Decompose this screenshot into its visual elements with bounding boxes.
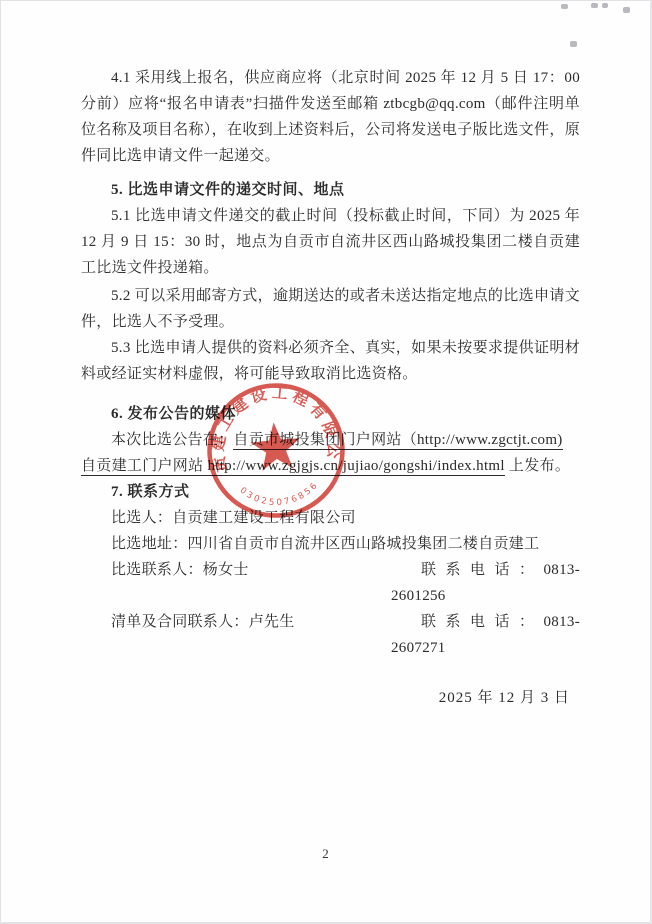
- paragraph-5-2: 5.2 可以采用邮寄方式，逾期送达的或者未送达指定地点的比选申请文件，比选人不予…: [81, 283, 580, 335]
- document-body: 4.1 采用线上报名，供应商应将（北京时间 2025 年 12 月 5 日 17…: [1, 1, 650, 711]
- paragraph-5-1: 5.1 比选申请文件递交的截止时间（投标截止时间，下同）为 2025 年 12 …: [81, 203, 580, 281]
- portal-url-zgjg: 自贡建工门户网站 http://www.zgjgjs.cn/jujiao/gon…: [81, 458, 505, 476]
- scanned-document-page: 4.1 采用线上报名，供应商应将（北京时间 2025 年 12 月 5 日 17…: [0, 0, 652, 924]
- announcement-intro: 本次比选公告在：: [111, 432, 233, 448]
- bidder-address: 比选地址：四川省自贡市自流井区西山路城投集团二楼自贡建工: [81, 531, 551, 557]
- contact-row-bidder: 比选人：自贡建工建设工程有限公司: [81, 505, 580, 531]
- contact-person-yang: 比选联系人：杨女士: [81, 557, 391, 609]
- scan-speck: [602, 3, 608, 8]
- announcement-media-line-1: 本次比选公告在：自贡市城投集团门户网站（http://www.zgctjt.co…: [81, 427, 580, 453]
- scan-speck: [591, 3, 598, 8]
- announcement-outro: 上发布。: [509, 458, 570, 474]
- bidder-name: 比选人：自贡建工建设工程有限公司: [81, 505, 391, 531]
- paragraph-5-3: 5.3 比选申请人提供的资料必须齐全、真实，如果未按要求提供证明材料或经证实材料…: [81, 335, 580, 387]
- scan-speck: [570, 41, 577, 47]
- page-number: 2: [1, 846, 650, 862]
- contact-row-lu: 清单及合同联系人：卢先生 联系电话：0813-2607271: [81, 609, 580, 661]
- heading-section-6: 6. 发布公告的媒体: [81, 401, 580, 427]
- phone-lu: 联系电话：0813-2607271: [391, 609, 580, 661]
- contact-row-yang: 比选联系人：杨女士 联系电话：0813-2601256: [81, 557, 580, 609]
- document-date: 2025 年 12 月 3 日: [81, 685, 580, 711]
- contact-person-lu: 清单及合同联系人：卢先生: [81, 609, 391, 661]
- announcement-media-line-2: 自贡建工门户网站 http://www.zgjgjs.cn/jujiao/gon…: [81, 453, 580, 479]
- scan-speck: [561, 4, 568, 9]
- portal-url-ctjt: 自贡市城投集团门户网站（http://www.zgctjt.com): [233, 432, 562, 450]
- heading-section-5: 5. 比选申请文件的递交时间、地点: [81, 177, 580, 203]
- scan-speck: [623, 7, 630, 13]
- phone-yang: 联系电话：0813-2601256: [391, 557, 580, 609]
- contact-row-address: 比选地址：四川省自贡市自流井区西山路城投集团二楼自贡建工: [81, 531, 580, 557]
- paragraph-4-1: 4.1 采用线上报名，供应商应将（北京时间 2025 年 12 月 5 日 17…: [81, 65, 580, 169]
- heading-section-7: 7. 联系方式: [81, 479, 580, 505]
